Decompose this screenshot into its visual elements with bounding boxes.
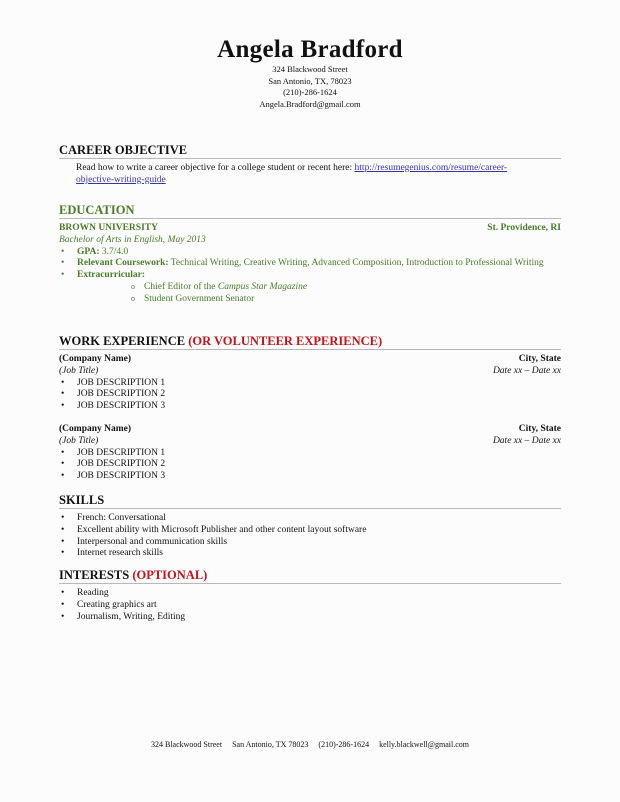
footer-email: kelly.blackwell@gmail.com: [379, 740, 469, 749]
list-item: Reading: [59, 588, 561, 600]
objective-link-cont[interactable]: objective-writing-guide: [76, 175, 166, 185]
work-title-text: WORK EXPERIENCE: [59, 334, 185, 348]
coursework-label: Relevant Coursework:: [77, 258, 169, 268]
resume-header: Angela Bradford 324 Blackwood Street San…: [0, 36, 620, 110]
career-objective-section: CAREER OBJECTIVE Read how to write a car…: [59, 143, 561, 187]
list-item: Internet research skills: [59, 548, 561, 560]
extracurricular-entry: Student Government Senator: [131, 294, 561, 306]
job-header-row: (Company Name) City, State: [59, 424, 561, 436]
phone: (210)-286-1624: [0, 87, 620, 99]
entry-text: Chief Editor of the: [144, 282, 218, 292]
education-school-row: BROWN UNIVERSITY St. Providence, RI: [59, 223, 561, 235]
job-entry: (Company Name) City, State (Job Title) D…: [59, 354, 561, 413]
job-list: (Company Name) City, State (Job Title) D…: [59, 354, 561, 483]
job-header-row: (Company Name) City, State: [59, 354, 561, 366]
list-item: Excellent ability with Microsoft Publish…: [59, 525, 561, 537]
job-description: JOB DESCRIPTION 1: [59, 378, 561, 390]
coursework-item: Relevant Coursework: Technical Writing, …: [59, 258, 561, 270]
footer-phone: (210)-286-1624: [318, 740, 369, 749]
extracurricular-label: Extracurricular:: [77, 270, 145, 280]
resume-page: Angela Bradford 324 Blackwood Street San…: [0, 0, 620, 802]
job-description: JOB DESCRIPTION 3: [59, 471, 561, 483]
education-title: EDUCATION: [59, 203, 561, 219]
gpa-label: GPA:: [77, 247, 100, 257]
interests-title-text: INTERESTS: [59, 568, 129, 582]
extracurricular-list: Chief Editor of the Campus Star Magazine…: [59, 282, 561, 306]
skills-list: French: ConversationalExcellent ability …: [59, 513, 561, 560]
work-title-optional: (OR VOLUNTEER EXPERIENCE): [185, 334, 382, 348]
objective-link[interactable]: http://resumegenius.com/resume/career-: [355, 163, 508, 173]
company-name: (Company Name): [59, 424, 131, 436]
job-title-row: (Job Title) Date xx – Date xx: [59, 366, 561, 378]
job-dates: Date xx – Date xx: [493, 436, 561, 448]
work-experience-section: WORK EXPERIENCE (OR VOLUNTEER EXPERIENCE…: [59, 334, 561, 494]
school-location: St. Providence, RI: [487, 223, 561, 235]
email: Angela.Bradford@gmail.com: [0, 99, 620, 111]
skills-title: SKILLS: [59, 493, 561, 509]
education-section: EDUCATION BROWN UNIVERSITY St. Providenc…: [59, 203, 561, 306]
job-entry: (Company Name) City, State (Job Title) D…: [59, 424, 561, 483]
footer: 324 Blackwood Street San Antonio, TX 780…: [0, 740, 620, 749]
coursework-value: Technical Writing, Creative Writing, Adv…: [169, 258, 544, 268]
company-name: (Company Name): [59, 354, 131, 366]
interests-title: INTERESTS (OPTIONAL): [59, 568, 561, 584]
work-title: WORK EXPERIENCE (OR VOLUNTEER EXPERIENCE…: [59, 334, 561, 350]
city: San Antonio, TX, 78023: [0, 76, 620, 88]
degree: Bachelor of Arts in English, May 2013: [59, 235, 561, 247]
job-description: JOB DESCRIPTION 2: [59, 389, 561, 401]
school-name: BROWN UNIVERSITY: [59, 223, 158, 235]
entry-italic: Campus Star Magazine: [218, 282, 307, 292]
job-location: City, State: [519, 354, 561, 366]
footer-city: San Antonio, TX 78023: [232, 740, 308, 749]
job-title: (Job Title): [59, 436, 98, 448]
list-item: French: Conversational: [59, 513, 561, 525]
list-item: Journalism, Writing, Editing: [59, 612, 561, 624]
job-description: JOB DESCRIPTION 3: [59, 401, 561, 413]
list-item: Interpersonal and communication skills: [59, 537, 561, 549]
career-objective-text: Read how to write a career objective for…: [59, 163, 561, 187]
job-location: City, State: [519, 424, 561, 436]
gpa-value: 3.7/4.0: [100, 247, 129, 257]
job-descriptions: JOB DESCRIPTION 1JOB DESCRIPTION 2JOB DE…: [59, 378, 561, 413]
education-details: GPA: 3.7/4.0 Relevant Coursework: Techni…: [59, 247, 561, 282]
interests-list: ReadingCreating graphics artJournalism, …: [59, 588, 561, 623]
entry-text: Student Government Senator: [144, 294, 254, 304]
job-title-row: (Job Title) Date xx – Date xx: [59, 436, 561, 448]
job-title: (Job Title): [59, 366, 98, 378]
job-dates: Date xx – Date xx: [493, 366, 561, 378]
extracurricular-entry: Chief Editor of the Campus Star Magazine: [131, 282, 561, 294]
candidate-name: Angela Bradford: [0, 36, 620, 64]
career-objective-title: CAREER OBJECTIVE: [59, 143, 561, 159]
job-descriptions: JOB DESCRIPTION 1JOB DESCRIPTION 2JOB DE…: [59, 448, 561, 483]
footer-address: 324 Blackwood Street: [151, 740, 222, 749]
job-description: JOB DESCRIPTION 1: [59, 448, 561, 460]
interests-section: INTERESTS (OPTIONAL) ReadingCreating gra…: [59, 568, 561, 623]
gpa-item: GPA: 3.7/4.0: [59, 247, 561, 259]
skills-section: SKILLS French: ConversationalExcellent a…: [59, 493, 561, 560]
list-item: Creating graphics art: [59, 600, 561, 612]
objective-text: Read how to write a career objective for…: [76, 163, 355, 173]
address: 324 Blackwood Street: [0, 64, 620, 76]
job-description: JOB DESCRIPTION 2: [59, 459, 561, 471]
interests-title-optional: (OPTIONAL): [129, 568, 207, 582]
